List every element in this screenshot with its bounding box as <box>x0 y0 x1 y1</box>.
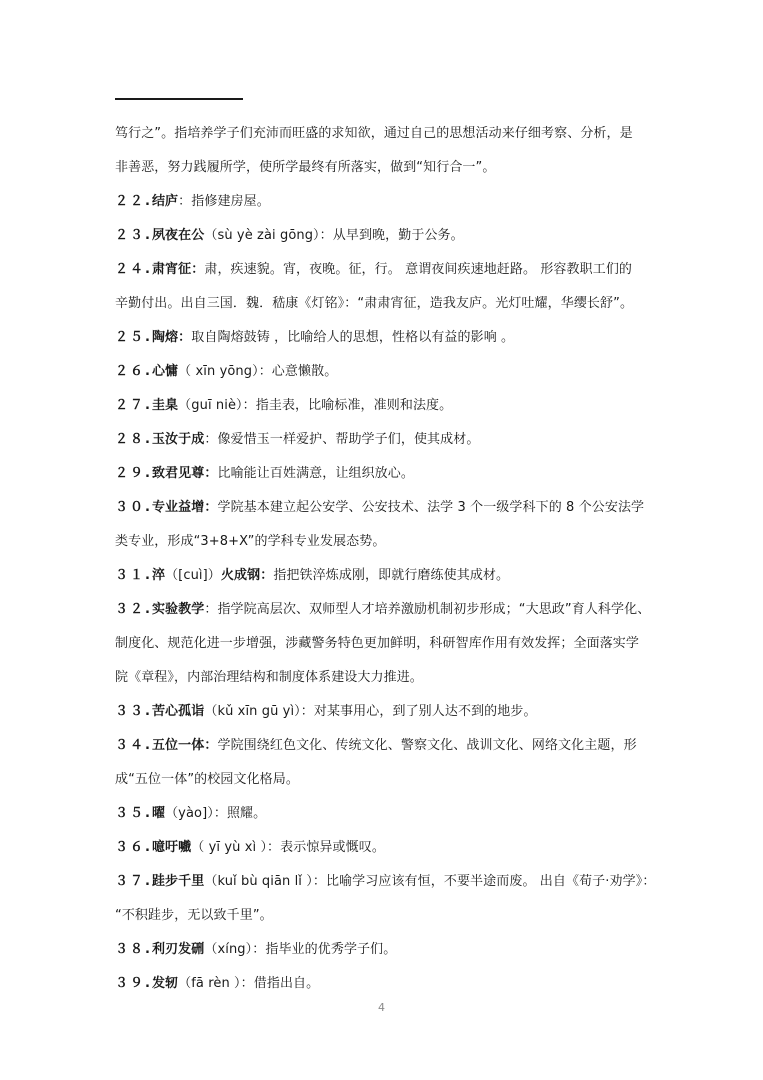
glossary-entry-32: ３２.实验教学：指学院高层次、双师型人才培养激励机制初步形成；“大思政”育人科学… <box>115 593 650 627</box>
glossary-entry-37: ３７.跬步千里（kuǐ bù qiān lǐ ）：比喻学习应该有恒，不要半途而废… <box>115 865 650 899</box>
entry-term: 夙夜在公 <box>152 228 204 243</box>
entry-continuation-line: 成“五位一体”的校园文化格局。 <box>115 763 650 797</box>
entry-number: ３０. <box>115 500 152 515</box>
entry-term: 淬 <box>152 568 165 583</box>
entry-term: 陶熔： <box>152 330 191 345</box>
entry-term: 曜 <box>152 806 165 821</box>
glossary-entry-24: ２４.肃宵征：肃，疾速貌。宵，夜晚。征，行。 意谓夜间疾速地赶路。 形容教职工们… <box>115 253 650 287</box>
entry-definition: ：指学院高层次、双师型人才培养激励机制初步形成；“大思政”育人科学化、 <box>204 602 650 617</box>
entry-definition: 取自陶熔鼓铸 ，比喻给人的思想，性格以有益的影响 。 <box>191 330 514 345</box>
entry-number: ３７. <box>115 874 152 889</box>
entry-definition: 肃，疾速貌。宵，夜晚。征，行。 意谓夜间疾速地赶路。 形容教职工们的 <box>204 262 632 277</box>
entry-continuation-line: 辛勤付出。出自三国．魏．嵇康《灯铭》：“肃肃宵征，造我友庐。光灯吐耀，华缨长舒”… <box>115 287 650 321</box>
entry-term: 利刃发硎 <box>152 942 204 957</box>
entry-definition: ：指修建房屋。 <box>178 194 270 209</box>
glossary-entry-25: ２５.陶熔：取自陶熔鼓铸 ，比喻给人的思想，性格以有益的影响 。 <box>115 321 650 355</box>
page-number: 4 <box>0 1001 763 1014</box>
entry-term: 肃宵征： <box>152 262 204 277</box>
entry-term: 实验教学 <box>152 602 204 617</box>
entry-term: 结庐 <box>152 194 178 209</box>
entry-number: ３８. <box>115 942 152 957</box>
entry-continuation-line: 院《章程》，内部治理结构和制度体系建设大力推进。 <box>115 661 650 695</box>
glossary-entry-38: ３８.利刃发硎（xíng）：指毕业的优秀学子们。 <box>115 933 650 967</box>
entry-term: 噫吁嚱 <box>152 840 191 855</box>
entry-number: ２９. <box>115 466 152 481</box>
entry-definition: 比喻能让百姓满意，让组织放心。 <box>217 466 414 481</box>
entry-term: 玉汝于成 <box>152 432 204 447</box>
glossary-entry-27: ２７.圭臬（guī niè）：指圭表，比喻标准，准则和法度。 <box>115 389 650 423</box>
entry-number: ３４. <box>115 738 152 753</box>
entry-term: 致君见尊： <box>152 466 218 481</box>
entry-definition: （yào]）：照耀。 <box>165 806 266 821</box>
glossary-entry-29: ２９.致君见尊：比喻能让百姓满意，让组织放心。 <box>115 457 650 491</box>
entry-definition: 指把铁淬炼成刚，即就行磨练使其成材。 <box>273 568 509 583</box>
entry-number: ２６. <box>115 364 152 379</box>
entry-term: 跬步千里 <box>152 874 204 889</box>
entry-number: ３５. <box>115 806 152 821</box>
glossary-entry-31: ３１.淬（[cuì]）火成钢：指把铁淬炼成刚，即就行磨练使其成材。 <box>115 559 650 593</box>
glossary-entry-23: ２３.夙夜在公（sù yè zài gōng）：从早到晚，勤于公务。 <box>115 219 650 253</box>
entry-continuation-line: 类专业，形成“3+8+X”的学科专业发展态势。 <box>115 525 650 559</box>
glossary-entry-36: ３６.噫吁嚱（ yī yù xì ）：表示惊异或慨叹。 <box>115 831 650 865</box>
glossary-entry-33: ３３.苦心孤诣（kǔ xīn gū yì）：对某事用心，到了别人达不到的地步。 <box>115 695 650 729</box>
entry-number: ２２. <box>115 194 152 209</box>
entry-definition: （ xīn yōng）：心意懒散。 <box>178 364 337 379</box>
entry-term: 发轫 <box>152 976 178 991</box>
glossary-content: 笃行之”。指培养学子们充沛而旺盛的求知欲，通过自己的思想活动来仔细考察、分析，是… <box>115 117 650 1001</box>
entry-definition: （fā rèn ）：借指出自。 <box>178 976 319 991</box>
continuation-line: 笃行之”。指培养学子们充沛而旺盛的求知欲，通过自己的思想活动来仔细考察、分析，是 <box>115 117 650 151</box>
glossary-entry-28: ２８.玉汝于成：像爱惜玉一样爱护、帮助学子们，使其成材。 <box>115 423 650 457</box>
document-page: 笃行之”。指培养学子们充沛而旺盛的求知欲，通过自己的思想活动来仔细考察、分析，是… <box>0 0 763 1080</box>
entry-number: ３６. <box>115 840 152 855</box>
entry-definition: 学院基本建立起公安学、公安技术、法学 3 个一级学科下的 8 个公安法学 <box>217 500 644 515</box>
entry-pinyin: （[cuì]） <box>165 568 221 583</box>
entry-continuation-line: 制度化、规范化进一步增强，涉藏警务特色更加鲜明，科研智库作用有效发挥；全面落实学 <box>115 627 650 661</box>
entry-number: ３９. <box>115 976 152 991</box>
entry-number: ３２. <box>115 602 152 617</box>
entry-number: ２５. <box>115 330 152 345</box>
entry-number: ２３. <box>115 228 152 243</box>
entry-number: ２８. <box>115 432 152 447</box>
continuation-line: 非善恶，努力践履所学，使所学最终有所落实，做到“知行合一”。 <box>115 151 650 185</box>
glossary-entry-35: ３５.曜（yào]）：照耀。 <box>115 797 650 831</box>
entry-definition: 学院围绕红色文化、传统文化、警察文化、战训文化、网络文化主题，形 <box>217 738 636 753</box>
footnote-separator-rule <box>115 98 243 100</box>
entry-definition: （kuǐ bù qiān lǐ ）：比喻学习应该有恒，不要半途而废。 出自《荀子… <box>204 874 655 889</box>
entry-term: 苦心孤诣 <box>152 704 204 719</box>
entry-term: 五位一体： <box>152 738 218 753</box>
entry-definition: （guī niè）：指圭表，比喻标准，准则和法度。 <box>178 398 452 413</box>
glossary-entry-39: ３９.发轫（fā rèn ）：借指出自。 <box>115 967 650 1001</box>
entry-continuation-line: “不积跬步，无以致千里”。 <box>115 899 650 933</box>
entry-term: 圭臬 <box>152 398 178 413</box>
entry-number: ３１. <box>115 568 152 583</box>
entry-number: ２４. <box>115 262 152 277</box>
glossary-entry-22: ２２.结庐：指修建房屋。 <box>115 185 650 219</box>
entry-definition: （sù yè zài gōng）：从早到晚，勤于公务。 <box>204 228 463 243</box>
entry-definition: ：像爱惜玉一样爱护、帮助学子们，使其成材。 <box>204 432 479 447</box>
glossary-entry-26: ２６.心慵（ xīn yōng）：心意懒散。 <box>115 355 650 389</box>
entry-definition: （kǔ xīn gū yì）：对某事用心，到了别人达不到的地步。 <box>204 704 536 719</box>
entry-definition: （ yī yù xì ）：表示惊异或慨叹。 <box>191 840 385 855</box>
entry-term: 心慵 <box>152 364 178 379</box>
entry-definition: （xíng）：指毕业的优秀学子们。 <box>204 942 396 957</box>
entry-number: ２７. <box>115 398 152 413</box>
glossary-entry-30: ３０.专业益增：学院基本建立起公安学、公安技术、法学 3 个一级学科下的 8 个… <box>115 491 650 525</box>
entry-number: ３３. <box>115 704 152 719</box>
glossary-entry-34: ３４.五位一体：学院围绕红色文化、传统文化、警察文化、战训文化、网络文化主题，形 <box>115 729 650 763</box>
entry-term-continued: 火成钢： <box>221 568 273 583</box>
entry-term: 专业益增： <box>152 500 218 515</box>
